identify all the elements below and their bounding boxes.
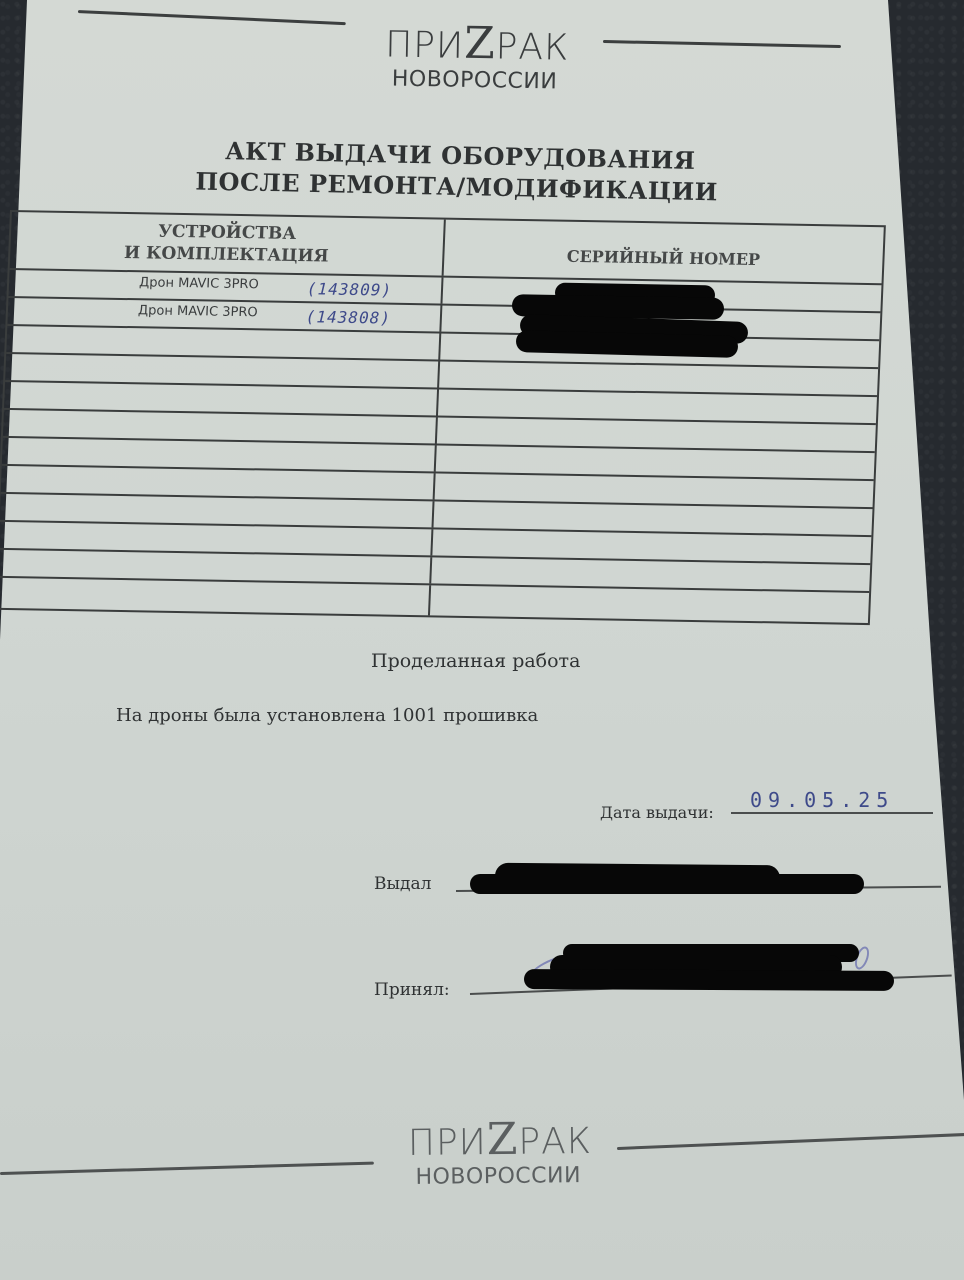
work-done-heading: Проделанная работа — [371, 650, 580, 672]
handwritten-device-id: (143808) — [305, 307, 391, 327]
logo-subtitle: НОВОРОССИИ — [408, 1165, 588, 1189]
issue-date-value: 09.05.25 — [750, 788, 894, 812]
issue-date-line — [731, 812, 933, 814]
issue-date-label: Дата выдачи: — [600, 803, 714, 822]
column-header-devices-line2: И КОМПЛЕКТАЦИЯ — [124, 242, 329, 268]
logo-subtitle: НОВОРОССИИ — [384, 68, 564, 93]
received-by-redaction-3 — [524, 969, 894, 991]
work-done-text: На дроны была установлена 1001 прошивка — [116, 705, 538, 726]
device-name: Дрон MAVIC 3PRO — [138, 303, 258, 320]
logo-text-suffix: РАК — [518, 1121, 592, 1163]
logo-text-prefix: ПРИ — [385, 24, 465, 66]
document-title: АКТ ВЫДАЧИ ОБОРУДОВАНИЯ ПОСЛЕ РЕМОНТА/МО… — [179, 134, 740, 208]
device-name: Дрон MAVIC 3PRO — [139, 275, 259, 292]
column-header-serial: СЕРИЙНЫЙ НОМЕР — [444, 220, 884, 284]
logo-text-suffix: РАК — [495, 26, 569, 68]
issued-by-label: Выдал — [374, 874, 431, 894]
received-by-label: Принял: — [374, 980, 450, 1000]
issued-by-redaction-2 — [470, 874, 864, 894]
logo-z-mark: Z — [487, 1114, 519, 1165]
logo-text-prefix: ПРИ — [408, 1122, 487, 1164]
header-logo: ПРИZРАК НОВОРОССИИ — [384, 20, 565, 93]
handwritten-device-id: (143809) — [307, 279, 393, 299]
equipment-table: УСТРОЙСТВА И КОМПЛЕКТАЦИЯ СЕРИЙНЫЙ НОМЕР… — [0, 210, 886, 625]
logo-z-mark: Z — [464, 18, 496, 70]
column-header-serial-text: СЕРИЙНЫЙ НОМЕР — [566, 246, 760, 271]
column-header-devices: УСТРОЙСТВА И КОМПЛЕКТАЦИЯ — [10, 212, 446, 276]
footer-logo: ПРИZРАК НОВОРОССИИ — [408, 1117, 589, 1189]
